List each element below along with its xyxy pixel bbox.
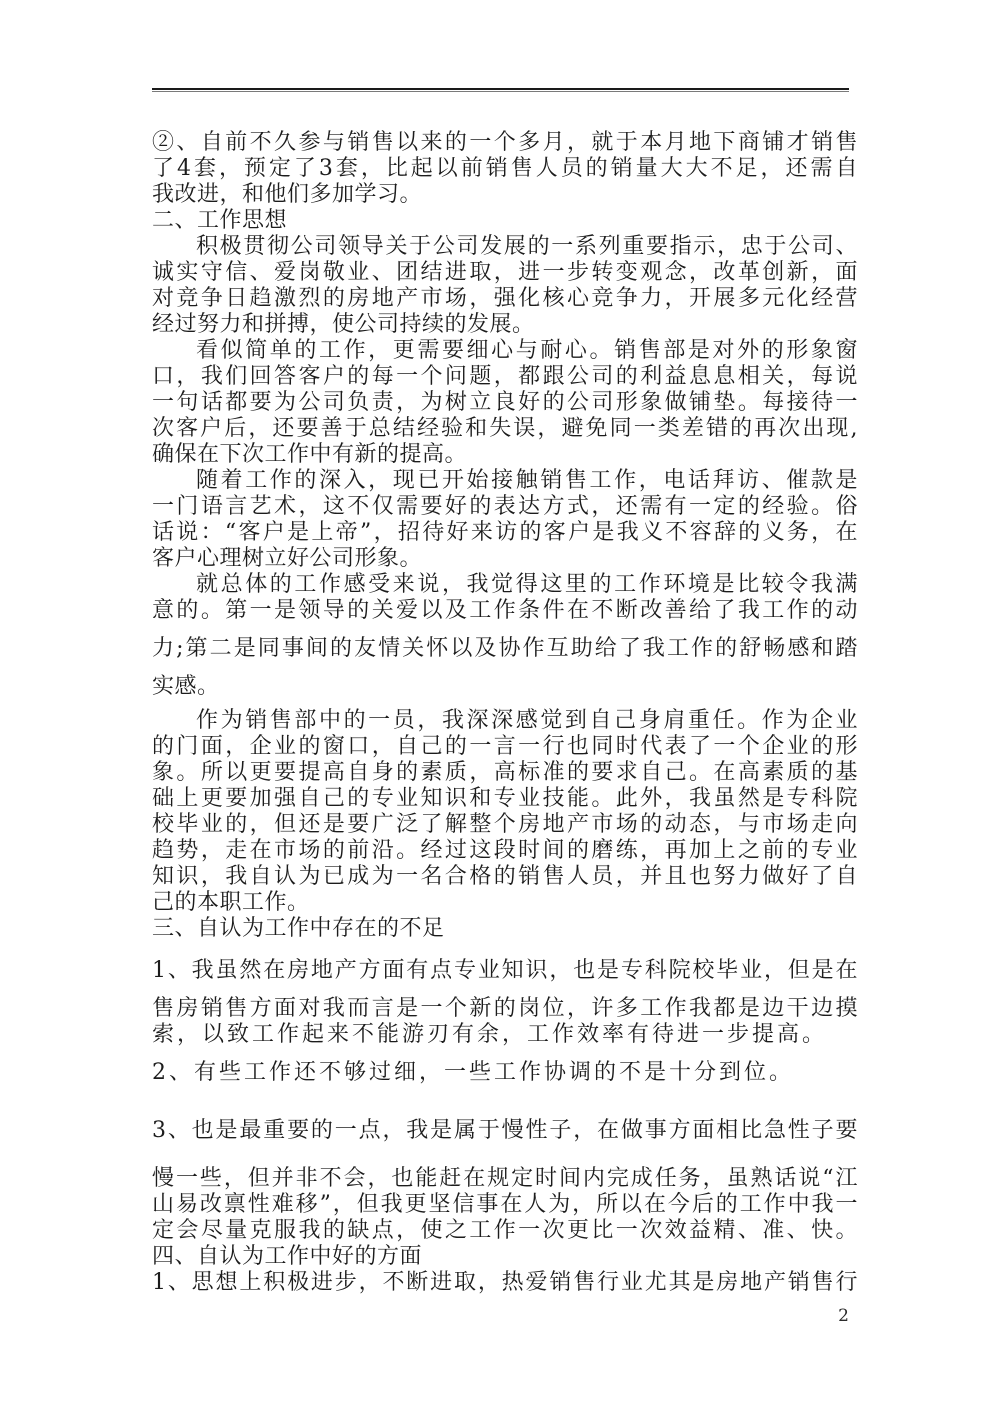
text-line: 经过努力和拼搏，使公司持续的发展。 <box>152 312 858 338</box>
document-page: ②、自前不久参与销售以来的一个多月，就于本月地下商铺才销售了4套，预定了3套，比… <box>0 0 1000 1415</box>
text-line: 客户心理树立好公司形象。 <box>152 546 858 572</box>
text-line: 随着工作的深入，现已开始接触销售工作，电话拜访、催款是 <box>152 468 858 494</box>
text-line: 趋势，走在市场的前沿。经过这段时间的磨练，再加上之前的专业 <box>152 838 858 864</box>
text-line: 我改进，和他们多加学习。 <box>152 182 858 208</box>
text-line: 础上更要加强自己的专业知识和专业技能。此外，我虽然是专科院 <box>152 786 858 812</box>
text-line: 象。所以更要提高自身的素质，高标准的要求自己。在高素质的基 <box>152 760 858 786</box>
text-line: 诚实守信、爱岗敬业、团结进取，进一步转变观念，改革创新，面 <box>152 260 858 286</box>
text-line: 慢一些，但并非不会，也能赶在规定时间内完成任务，虽熟话说“江 <box>152 1166 858 1192</box>
text-line: 一句话都要为公司负责，为树立良好的公司形象做铺垫。每接待一 <box>152 390 858 416</box>
text-line: 1、思想上积极进步，不断进取，热爱销售行业尤其是房地产销售行 <box>152 1270 858 1296</box>
text-line: 售房销售方面对我而言是一个新的岗位，许多工作我都是边干边摸 <box>152 996 858 1022</box>
text-line: 索，以致工作起来不能游刃有余，工作效率有待进一步提高。 <box>152 1022 858 1048</box>
text-line: 口，我们回答客户的每一个问题，都跟公司的利益息息相关，每说 <box>152 364 858 390</box>
text-line: 了4套，预定了3套，比起以前销售人员的销量大大不足，还需自 <box>152 156 858 182</box>
text-line: 2、有些工作还不够过细，一些工作协调的不是十分到位。 <box>152 1060 858 1086</box>
text-line: 3、也是最重要的一点，我是属于慢性子，在做事方面相比急性子要 <box>152 1118 858 1144</box>
text-line: 作为销售部中的一员，我深深感觉到自己身肩重任。作为企业 <box>152 708 858 734</box>
text-line: 实感。 <box>152 674 858 700</box>
document-body: ②、自前不久参与销售以来的一个多月，就于本月地下商铺才销售了4套，预定了3套，比… <box>152 130 858 1296</box>
text-line: 就总体的工作感受来说，我觉得这里的工作环境是比较令我满 <box>152 572 858 598</box>
text-line: 意的。第一是领导的关爱以及工作条件在不断改善给了我工作的动 <box>152 598 858 624</box>
text-line: 知识，我自认为已成为一名合格的销售人员，并且也努力做好了自 <box>152 864 858 890</box>
text-line: 看似简单的工作，更需要细心与耐心。销售部是对外的形象窗 <box>152 338 858 364</box>
text-line: 1、我虽然在房地产方面有点专业知识，也是专科院校毕业，但是在 <box>152 958 858 984</box>
header-rule <box>152 88 849 92</box>
text-line: 山易改禀性难移”，但我更坚信事在人为，所以在今后的工作中我一 <box>152 1192 858 1218</box>
text-line: 对竞争日趋激烈的房地产市场，强化核心竞争力，开展多元化经营 <box>152 286 858 312</box>
text-line: 定会尽量克服我的缺点，使之工作一次更比一次效益精、准、快。 <box>152 1218 858 1244</box>
text-line: 积极贯彻公司领导关于公司发展的一系列重要指示，忠于公司、 <box>152 234 858 260</box>
text-line: 确保在下次工作中有新的提高。 <box>152 442 858 468</box>
text-line: 校毕业的，但还是要广泛了解整个房地产市场的动态，与市场走向 <box>152 812 858 838</box>
text-line: 力;第二是同事间的友情关怀以及协作互助给了我工作的舒畅感和踏 <box>152 636 858 662</box>
text-line: 话说：“客户是上帝”，招待好来访的客户是我义不容辞的义务，在 <box>152 520 858 546</box>
text-line: ②、自前不久参与销售以来的一个多月，就于本月地下商铺才销售 <box>152 130 858 156</box>
page-number: 2 <box>152 1306 849 1326</box>
text-line: 一门语言艺术，这不仅需要好的表达方式，还需有一定的经验。俗 <box>152 494 858 520</box>
text-line: 的门面，企业的窗口，自己的一言一行也同时代表了一个企业的形 <box>152 734 858 760</box>
text-line: 四、自认为工作中好的方面 <box>152 1244 858 1270</box>
text-line: 三、自认为工作中存在的不足 <box>152 916 858 942</box>
text-line: 己的本职工作。 <box>152 890 858 916</box>
text-line: 次客户后，还要善于总结经验和失误，避免同一类差错的再次出现, <box>152 416 858 442</box>
text-line: 二、工作思想 <box>152 208 858 234</box>
